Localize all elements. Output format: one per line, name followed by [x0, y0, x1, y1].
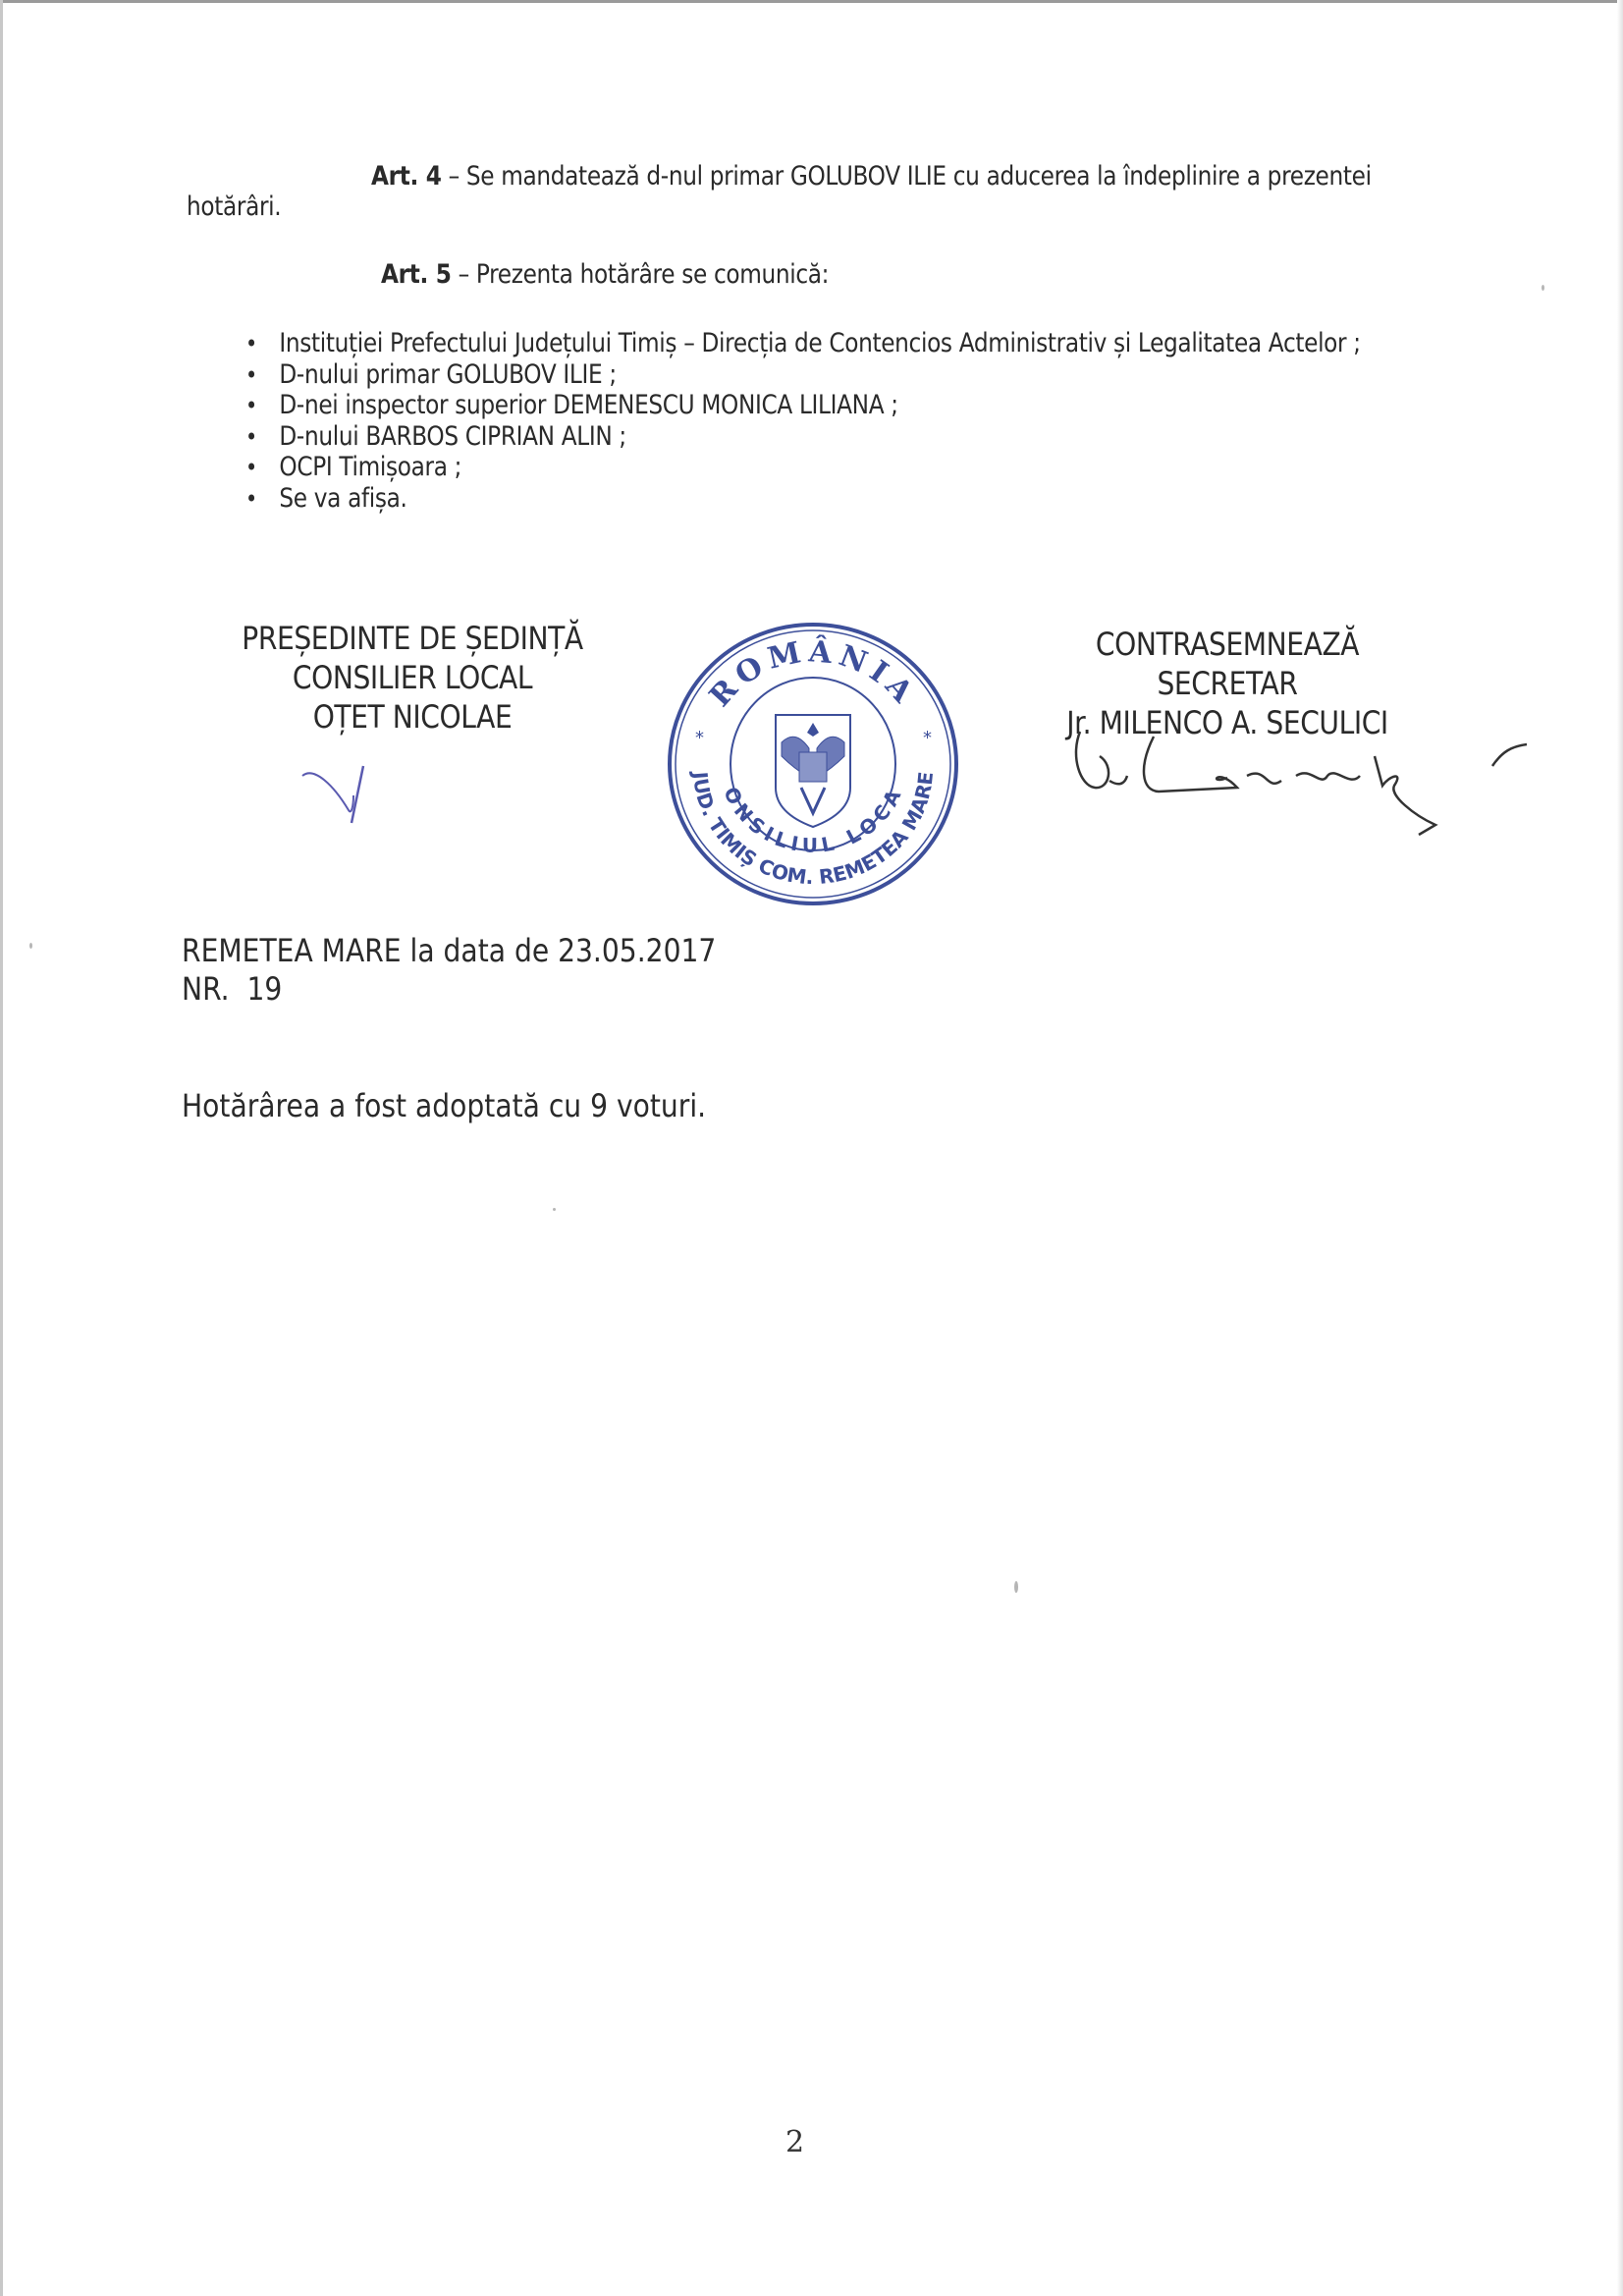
list-item: •OCPI Timișoara ; — [245, 452, 1361, 483]
recipient-text: D-nei inspector superior DEMENESCU MONIC… — [279, 390, 897, 420]
list-item: •D-nului primar GOLUBOV ILIE ; — [245, 359, 1361, 391]
scan-speck — [29, 943, 32, 949]
recipient-text: OCPI Timișoara ; — [279, 452, 461, 482]
article-4-dash: – — [442, 161, 466, 191]
coat-of-arms-icon — [776, 715, 850, 827]
bullet-icon: • — [245, 329, 279, 360]
list-item: •Se va afișa. — [245, 483, 1361, 515]
article-4: Art. 4 – Se mandatează d-nul primar GOLU… — [371, 161, 1372, 191]
bullet-icon: • — [245, 484, 279, 516]
decision-number: NR. 19 — [182, 969, 282, 1009]
signature-block-president: PREȘEDINTE DE ȘEDINȚĂ CONSILIER LOCAL OȚ… — [214, 619, 612, 737]
secretary-role: CONTRASEMNEAZĂ — [1011, 625, 1443, 664]
bullet-icon: • — [245, 453, 279, 484]
scan-speck — [1542, 285, 1544, 291]
scan-speck — [553, 1208, 556, 1211]
bullet-icon: • — [245, 391, 279, 422]
adoption-statement: Hotărârea a fost adoptată cu 9 voturi. — [182, 1086, 706, 1125]
svg-text:*: * — [695, 728, 704, 748]
scan-edge-left — [0, 0, 3, 2296]
president-role: PREȘEDINTE DE ȘEDINȚĂ — [214, 619, 612, 658]
list-item: •Instituției Prefectului Județului Timiș… — [245, 328, 1361, 359]
article-4-label: Art. 4 — [371, 161, 442, 191]
list-item: •D-nei inspector superior DEMENESCU MONI… — [245, 390, 1361, 421]
scan-edge-right — [1617, 0, 1623, 2296]
recipient-text: D-nului BARBOS CIPRIAN ALIN ; — [279, 421, 626, 452]
list-item: •D-nului BARBOS CIPRIAN ALIN ; — [245, 421, 1361, 453]
secretary-signature — [1070, 727, 1532, 854]
article-5-label: Art. 5 — [381, 259, 452, 290]
article-5: Art. 5 – Prezenta hotărâre se comunică: — [381, 259, 829, 290]
secretary-title: SECRETAR — [1011, 664, 1443, 703]
article-4-continuation: hotărâri. — [187, 191, 281, 222]
article-4-text: Se mandatează d-nul primar GOLUBOV ILIE … — [466, 161, 1372, 191]
bullet-icon: • — [245, 422, 279, 454]
svg-text:JUD. TIMIȘ COM. REMETEA MARE: JUD. TIMIȘ COM. REMETEA MARE — [688, 769, 938, 889]
president-title: CONSILIER LOCAL — [214, 658, 612, 697]
recipient-text: Se va afișa. — [279, 483, 406, 514]
stamp-ring-text: JUD. TIMIȘ COM. REMETEA MARE — [688, 769, 938, 889]
scan-edge-top — [0, 0, 1623, 3]
svg-text:*: * — [923, 728, 932, 748]
article-5-text: – Prezenta hotărâre se comunică: — [452, 259, 830, 290]
official-stamp: ROMÂNIA JUD. TIMIȘ COM. REMETEA MARE CON… — [666, 621, 960, 907]
page-number: 2 — [785, 2125, 804, 2159]
scan-speck — [1014, 1581, 1018, 1593]
recipient-text: Instituției Prefectului Județului Timiș … — [279, 328, 1360, 358]
signature-block-secretary: CONTRASEMNEAZĂ SECRETAR Jr. MILENCO A. S… — [1011, 625, 1443, 742]
bullet-icon: • — [245, 360, 279, 392]
president-signature — [295, 756, 432, 825]
place-and-date: REMETEA MARE la data de 23.05.2017 — [182, 931, 716, 970]
recipient-text: D-nului primar GOLUBOV ILIE ; — [279, 359, 616, 390]
recipients-list: •Instituției Prefectului Județului Timiș… — [245, 328, 1542, 514]
president-name: OȚET NICOLAE — [214, 697, 612, 737]
